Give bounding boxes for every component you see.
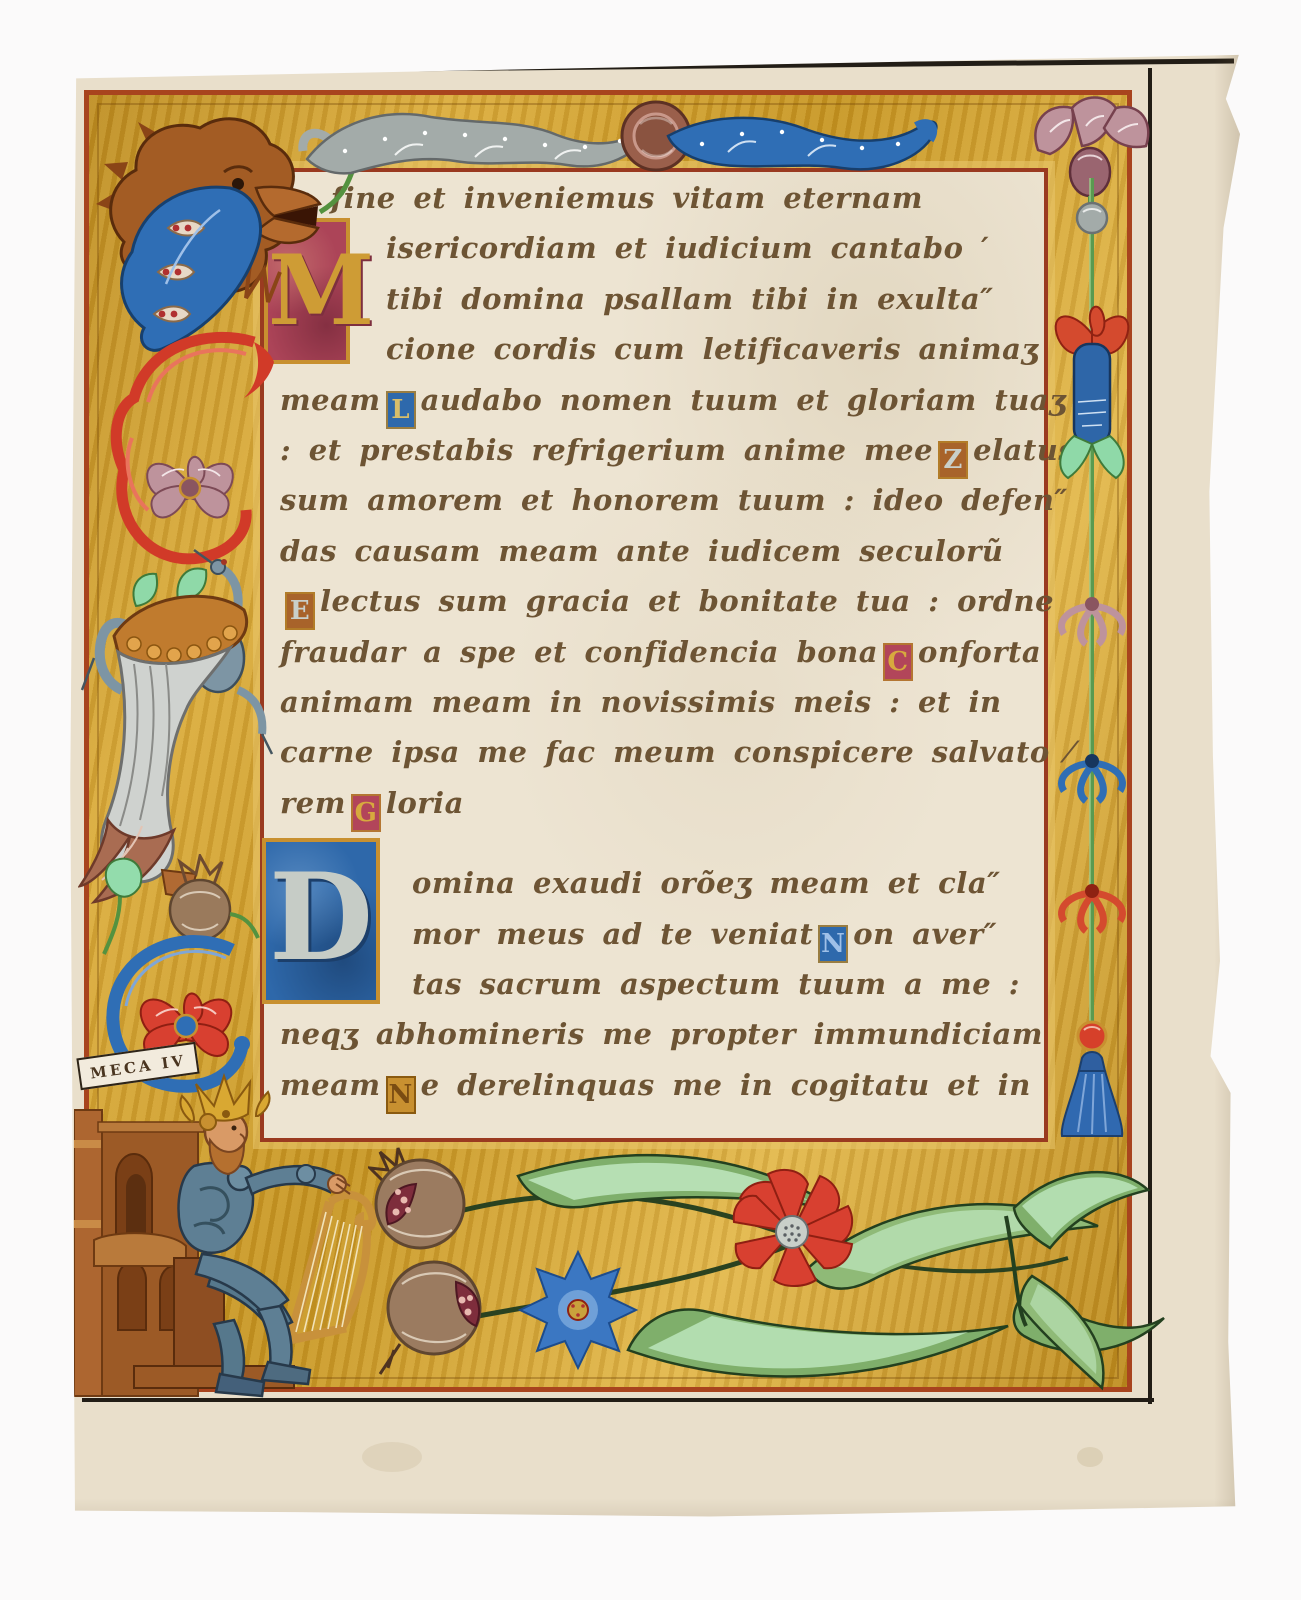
manuscript-line: remGloria: [280, 783, 464, 827]
line-text: meam: [280, 383, 381, 417]
manuscript-line: das causam meam ante iudicem seculorũ: [280, 531, 1003, 575]
inline-initial-C: C: [883, 643, 913, 681]
manuscript-line: Electus sum gracia et bonitate tua : ord…: [280, 581, 1054, 625]
line-text: fraudar a spe et confidencia bona: [280, 635, 878, 669]
cornflower: [520, 1252, 636, 1368]
parchment-leaf: in fine et inveniemus vitam eternamiseri…: [62, 52, 1240, 1518]
corner-acanthus-leaves: [986, 1156, 1161, 1396]
inline-initial-Z: Z: [938, 441, 968, 479]
pomegranate-2: [380, 1262, 480, 1374]
illuminated-initial-D: D: [262, 838, 380, 1004]
stain: [362, 1442, 422, 1472]
line-text: rem: [280, 786, 346, 820]
line-text: lectus sum gracia et bonitate tua : ordn…: [320, 584, 1054, 618]
line-text: audabo nomen tuum et gloriam tuaʒ: [421, 383, 1066, 417]
manuscript-line: animam meam in novissimis meis : et in: [280, 682, 1002, 726]
manuscript-line: carne ipsa me fac meum conspicere salvat…: [280, 732, 1073, 776]
stain: [1077, 1447, 1103, 1467]
photographed-manuscript-scan: in fine et inveniemus vitam eternamiseri…: [0, 0, 1301, 1600]
line-text: carne ipsa me fac meum conspicere salvat…: [280, 735, 1073, 769]
inline-initial-N: N: [818, 925, 848, 963]
manuscript-line: isericordiam et iudicium cantabo ′: [386, 228, 989, 272]
inline-initial-L: L: [386, 391, 416, 429]
manuscript-line: cione cordis cum letificaveris animaʒ: [386, 329, 1038, 373]
line-text: e derelinquas me in cogitatu et in: [421, 1068, 1031, 1102]
line-text: animam meam in novissimis meis : et in: [280, 685, 1002, 719]
manuscript-line: neqʒ abhomineris me propter immundiciam: [280, 1014, 1043, 1058]
line-text: tibi domina psallam tibi in exulta″: [386, 282, 994, 316]
line-text: onforta: [918, 635, 1041, 669]
manuscript-line: : et prestabis refrigerium anime meeZela…: [280, 430, 1075, 474]
line-text: : et prestabis refrigerium anime mee: [280, 433, 933, 467]
silver-acanthus-scroll-icon: [295, 95, 665, 181]
line-text: neqʒ abhomineris me propter immundiciam: [280, 1017, 1043, 1051]
pomegranate-1: [370, 1148, 464, 1248]
line-text: isericordiam et iudicium cantabo ′: [386, 231, 989, 265]
top-ink-rule: [82, 58, 1234, 74]
line-text: tas sacrum aspectum tuum a me :: [412, 967, 1020, 1001]
king-david-harp-vignette: [74, 1070, 404, 1400]
manuscript-line: meamLaudabo nomen tuum et gloriam tuaʒ: [280, 380, 1066, 424]
line-text: sum amorem et honorem tuum : ideo defen″: [280, 483, 1068, 517]
inline-initial-E: E: [285, 592, 315, 630]
line-text: loria: [386, 786, 464, 820]
inline-initial-G: G: [351, 794, 381, 832]
line-text: on aver″: [853, 917, 997, 951]
line-text: das causam meam ante iudicem seculorũ: [280, 534, 1003, 568]
line-text: omina exaudi orõeʒ meam et cla″: [412, 866, 1001, 900]
mauve-flower: [147, 457, 233, 518]
line-text: cione cordis cum letificaveris animaʒ: [386, 332, 1038, 366]
manuscript-line: sum amorem et honorem tuum : ideo defen″: [280, 480, 1068, 524]
flower-chain-tassel-icon: [1048, 178, 1136, 1143]
manuscript-line: mor meus ad te veniatNon aver″: [412, 914, 997, 958]
manuscript-line: tibi domina psallam tibi in exulta″: [386, 279, 994, 323]
manuscript-line: omina exaudi orõeʒ meam et cla″: [412, 863, 1001, 907]
line-text: mor meus ad te veniat: [412, 917, 813, 951]
blue-acanthus-scroll-icon: [658, 100, 948, 190]
manuscript-line: fraudar a spe et confidencia bonaConfort…: [280, 632, 1041, 676]
manuscript-line: tas sacrum aspectum tuum a me :: [412, 964, 1020, 1008]
